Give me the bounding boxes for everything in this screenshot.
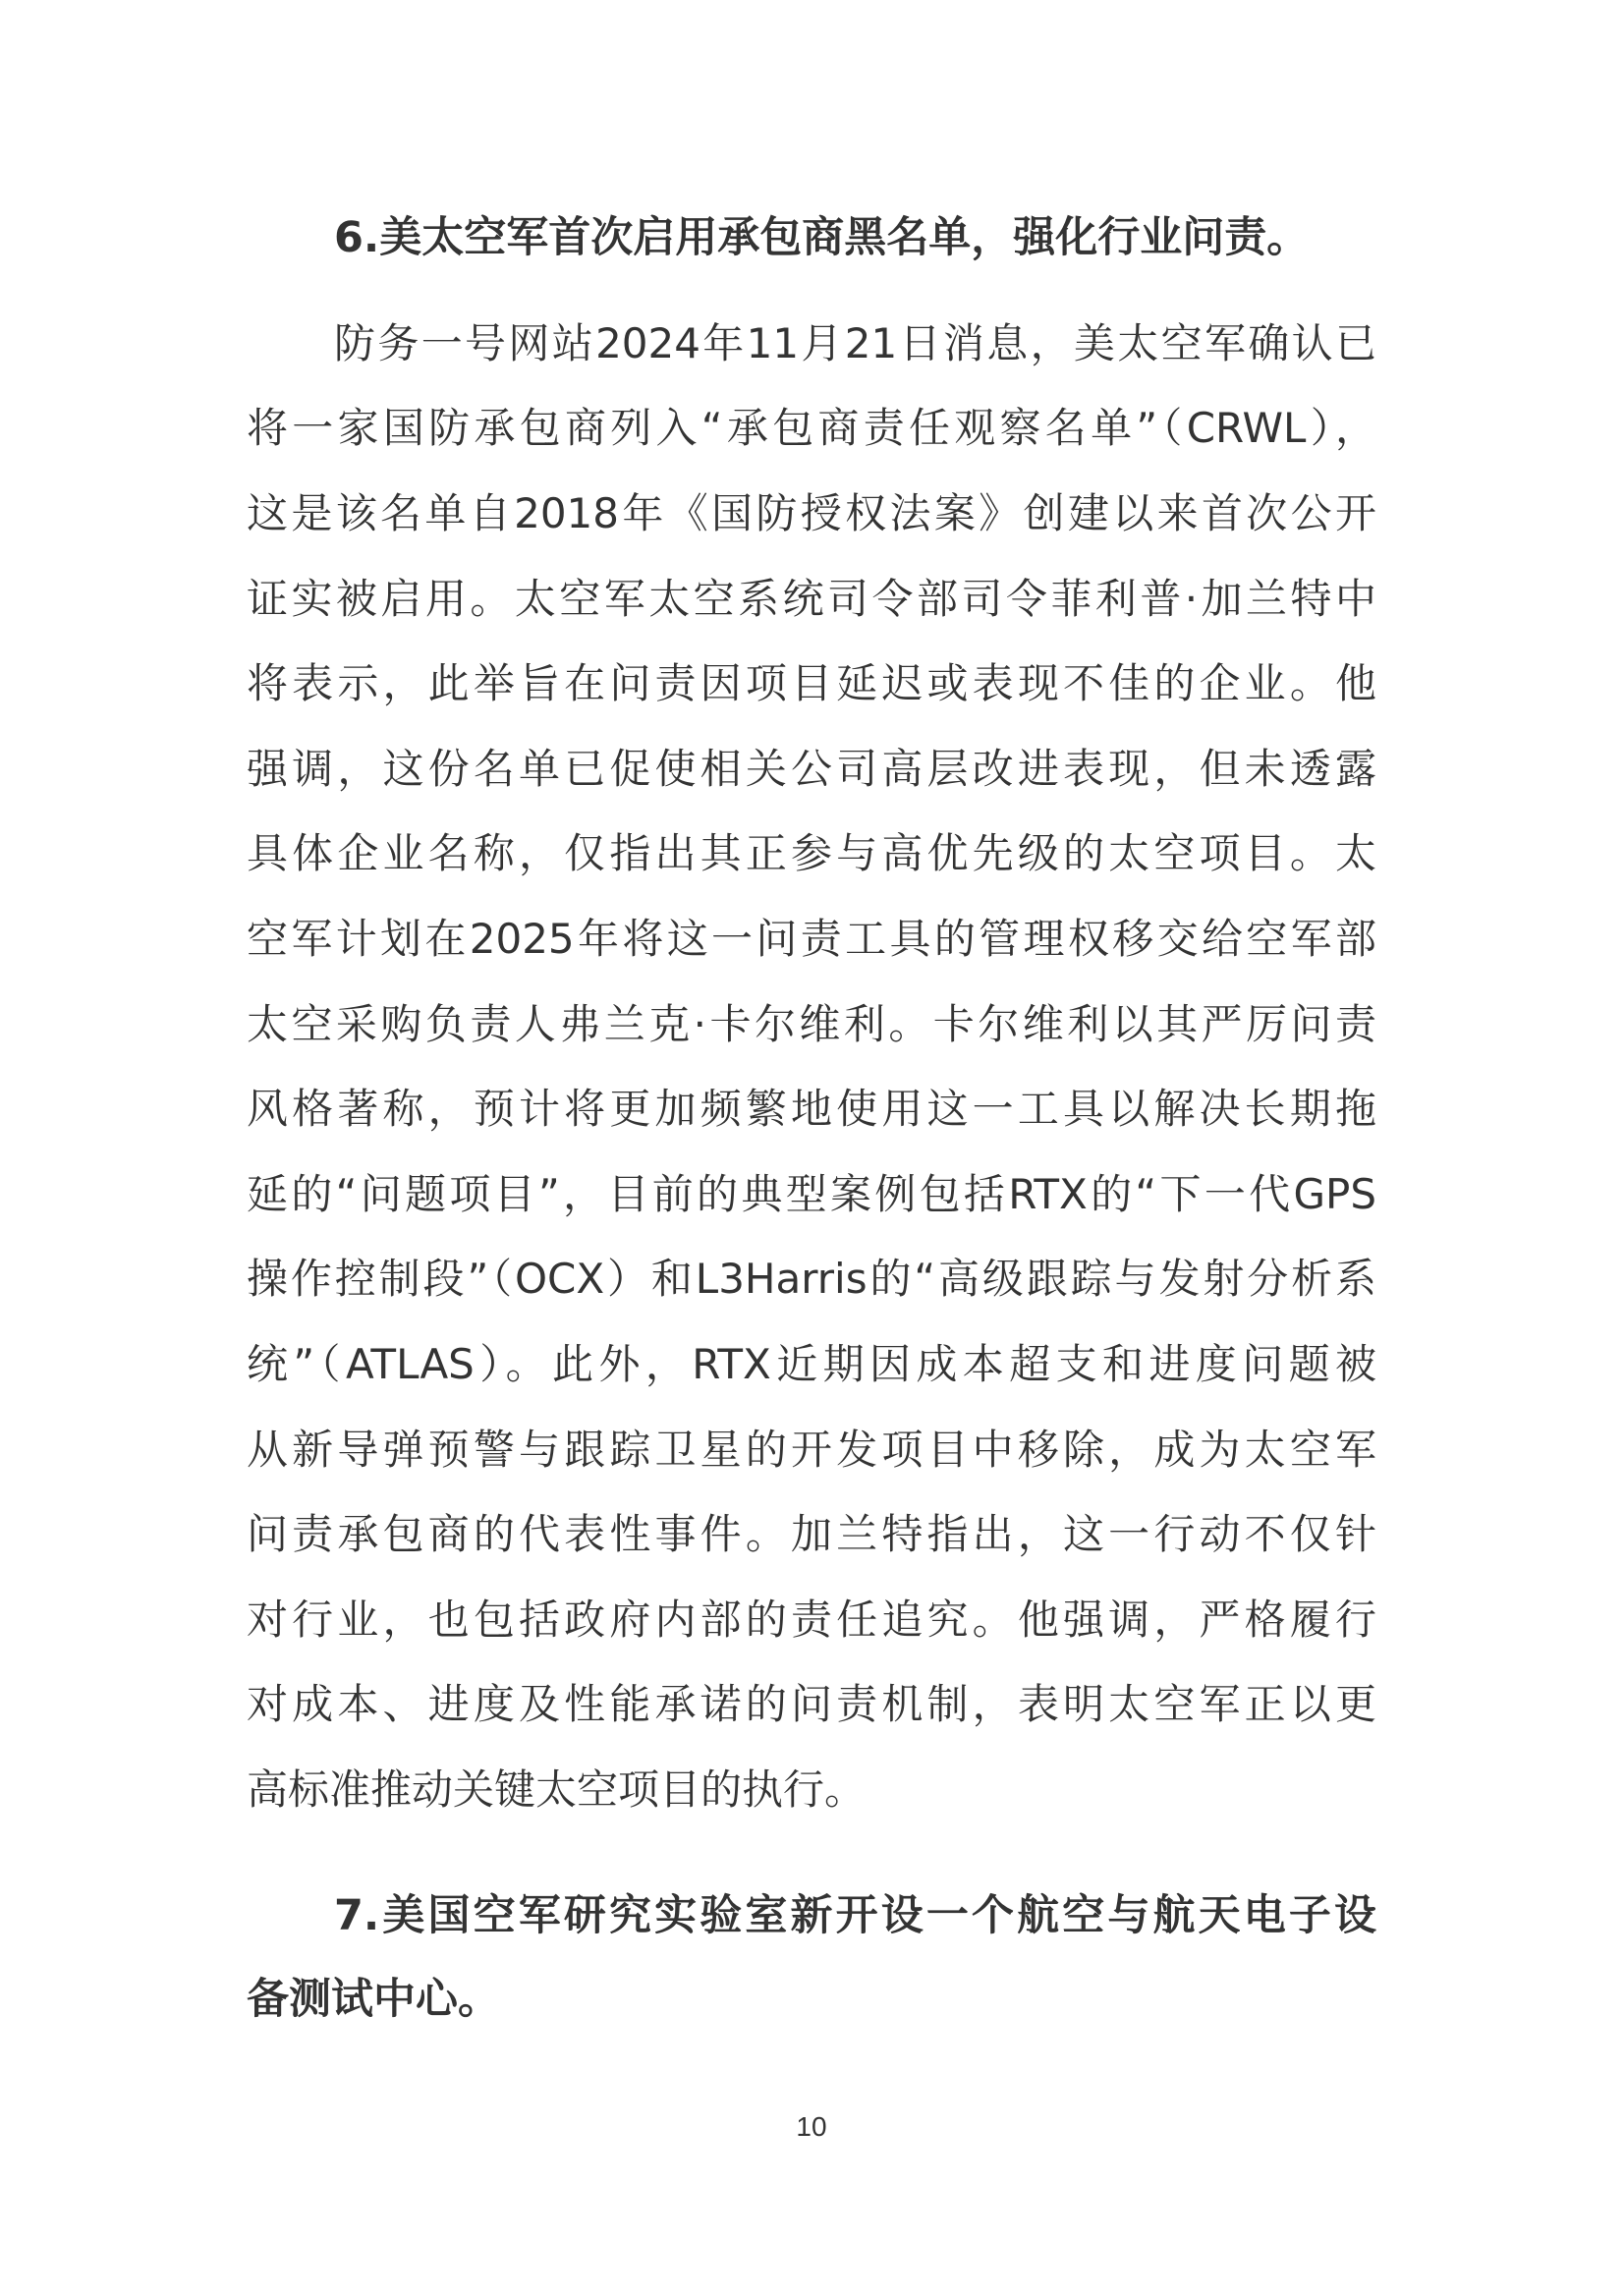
body-line: 风格著称，预计将更加频繁地使用这一工具以解决长期拖 — [247, 1080, 1376, 1139]
body-line: 操作控制段”（OCX）和L3Harris的“高级跟踪与发射分析系 — [247, 1250, 1376, 1309]
body-line: 从新导弹预警与跟踪卫星的开发项目中移除，成为太空军 — [247, 1421, 1376, 1480]
body-line: 高标准推动关键太空项目的执行。 — [247, 1761, 1376, 1820]
document-page: 6.美太空军首次启用承包商黑名单，强化行业问责。 防务一号网站2024年11月2… — [0, 0, 1624, 2296]
heading-line: 7.美国空军研究实验室新开设一个航空与航天电子设 — [334, 1886, 1376, 1945]
body-line: 证实被启用。太空军太空系统司令部司令菲利普·加兰特中 — [247, 570, 1376, 629]
page-number: 10 — [762, 2107, 861, 2147]
body-line: 强调，这份名单已促使相关公司高层改进表现，但未透露 — [247, 740, 1376, 799]
body-line: 对成本、进度及性能承诺的问责机制，表明太空军正以更 — [247, 1675, 1376, 1734]
body-line: 防务一号网站2024年11月21日消息，美太空军确认已 — [334, 314, 1376, 373]
body-line: 太空采购负责人弗兰克·卡尔维利。卡尔维利以其严厉问责 — [247, 995, 1376, 1054]
body-line: 延的“问题项目”，目前的典型案例包括RTX的“下一代GPS — [247, 1165, 1376, 1224]
body-line: 问责承包商的代表性事件。加兰特指出，这一行动不仅针 — [247, 1505, 1376, 1564]
heading-line: 备测试中心。 — [247, 1970, 1376, 2029]
body-line: 空军计划在2025年将这一问责工具的管理权移交给空军部 — [247, 910, 1376, 969]
heading-line: 6.美太空军首次启用承包商黑名单，强化行业问责。 — [334, 208, 1376, 267]
body-line: 对行业，也包括政府内部的责任追究。他强调，严格履行 — [247, 1591, 1376, 1650]
body-line: 统”（ATLAS）。此外，RTX近期因成本超支和进度问题被 — [247, 1335, 1376, 1394]
body-line: 这是该名单自2018年《国防授权法案》创建以来首次公开 — [247, 484, 1376, 543]
body-line: 将表示，此举旨在问责因项目延迟或表现不佳的企业。他 — [247, 654, 1376, 713]
body-line: 具体企业名称，仅指出其正参与高优先级的太空项目。太 — [247, 824, 1376, 883]
body-line: 将一家国防承包商列入“承包商责任观察名单”（CRWL）， — [247, 399, 1376, 458]
